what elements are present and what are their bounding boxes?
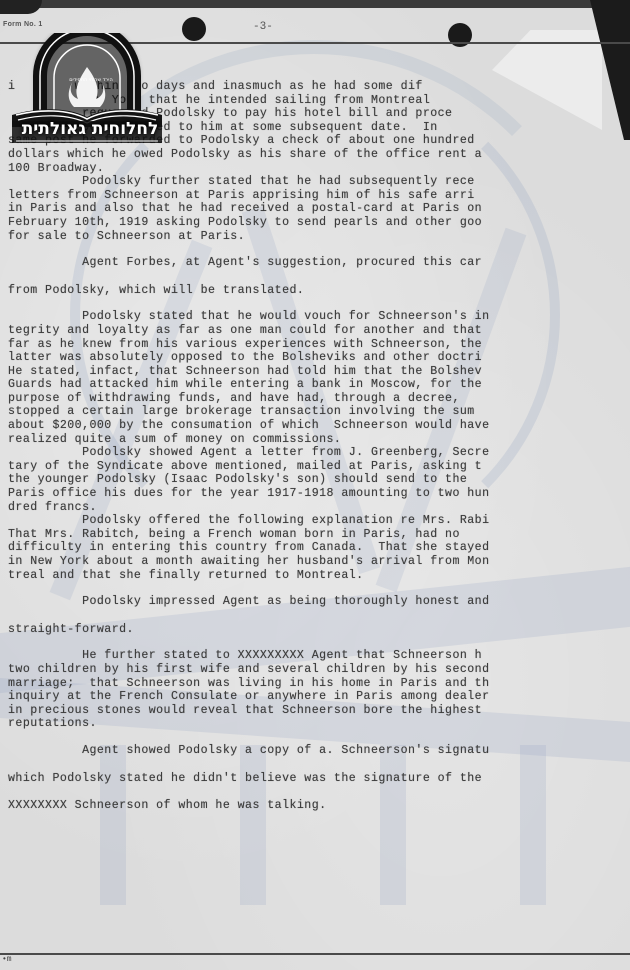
logo-title: לחלוחית גאולתית <box>14 119 166 139</box>
form-number-label: Form No. 1 <box>3 21 43 28</box>
document-line: reputations. <box>8 717 630 731</box>
line-spacing <box>8 758 630 772</box>
line-spacing <box>8 785 630 799</box>
document-line: dollars which he owed Podolsky as his sh… <box>8 148 630 162</box>
logo-arc-text: הורד שרוחי החסידים <box>46 77 136 83</box>
document-line: difficulty in entering this country from… <box>8 541 630 555</box>
paragraph-spacing <box>8 243 630 256</box>
document-line: purpose of withdrawing funds, and have h… <box>8 392 630 406</box>
document-line: dred francs. <box>8 501 630 515</box>
document-line: in Paris and also that he had received a… <box>8 202 630 216</box>
scanned-document-page: Form No. 1 -3- •m i within two days and … <box>0 0 630 970</box>
paragraph-spacing <box>8 582 630 595</box>
page-number: -3- <box>253 21 273 33</box>
document-line: the younger Podolsky (Isaac Podolsky's s… <box>8 473 630 487</box>
document-line: two children by his first wife and sever… <box>8 663 630 677</box>
document-line: That Mrs. Rabitch, being a French woman … <box>8 528 630 542</box>
document-line: from Podolsky, which will be translated. <box>8 284 630 298</box>
document-line: inquiry at the French Consulate or anywh… <box>8 690 630 704</box>
document-body: i within two days and inasmuch as he had… <box>8 80 630 813</box>
document-line: Podolsky showed Agent a letter from J. G… <box>8 446 630 460</box>
document-line: tegrity and loyalty as far as one man co… <box>8 324 630 338</box>
document-line: February 10th, 1919 asking Podolsky to s… <box>8 216 630 230</box>
document-line: tary of the Syndicate above mentioned, m… <box>8 460 630 474</box>
footer-mark: •m <box>2 955 12 964</box>
document-line: in precious stones would reveal that Sch… <box>8 704 630 718</box>
document-line: Guards had attacked him while entering a… <box>8 378 630 392</box>
footer-rule <box>0 953 630 955</box>
document-line: latter was absolutely opposed to the Bol… <box>8 351 630 365</box>
document-line: XXXXXXXX Schneerson of whom he was talki… <box>8 799 630 813</box>
scan-ink-blot <box>0 0 42 14</box>
document-line: about $200,000 by the consumation of whi… <box>8 419 630 433</box>
document-line: He stated, infact, that Schneerson had t… <box>8 365 630 379</box>
document-line: Agent Forbes, at Agent's suggestion, pro… <box>8 256 630 270</box>
document-line: treal and that she finally returned to M… <box>8 569 630 583</box>
document-line: in New York about a month awaiting her h… <box>8 555 630 569</box>
flame-book-arch-icon: הורד שרוחי החסידים לחלוחית גאולתית <box>8 33 166 145</box>
document-line: realized quite a sum of money on commiss… <box>8 433 630 447</box>
punch-hole <box>182 17 206 41</box>
paragraph-spacing <box>8 297 630 310</box>
document-line: marriage; that Schneerson was living in … <box>8 677 630 691</box>
document-line: 100 Broadway. <box>8 162 630 176</box>
paragraph-spacing <box>8 731 630 744</box>
document-line: Paris office his dues for the year 1917-… <box>8 487 630 501</box>
paragraph-spacing <box>8 636 630 649</box>
document-line: He further stated to XXXXXXXXX Agent tha… <box>8 649 630 663</box>
document-line: straight-forward. <box>8 623 630 637</box>
document-line: Podolsky impressed Agent as being thorou… <box>8 595 630 609</box>
document-line: far as he knew from his various experien… <box>8 338 630 352</box>
document-line: Podolsky stated that he would vouch for … <box>8 310 630 324</box>
document-line: for sale to Schneerson at Paris. <box>8 230 630 244</box>
scan-top-edge <box>0 0 630 8</box>
document-line: Agent showed Podolsky a copy of a. Schne… <box>8 744 630 758</box>
line-spacing <box>8 609 630 623</box>
line-spacing <box>8 270 630 284</box>
document-line: which Podolsky stated he didn't believe … <box>8 772 630 786</box>
document-line: stopped a certain large brokerage transa… <box>8 405 630 419</box>
document-line: letters from Schneerson at Paris apprisi… <box>8 189 630 203</box>
document-line: Podolsky further stated that he had subs… <box>8 175 630 189</box>
document-line: Podolsky offered the following explanati… <box>8 514 630 528</box>
